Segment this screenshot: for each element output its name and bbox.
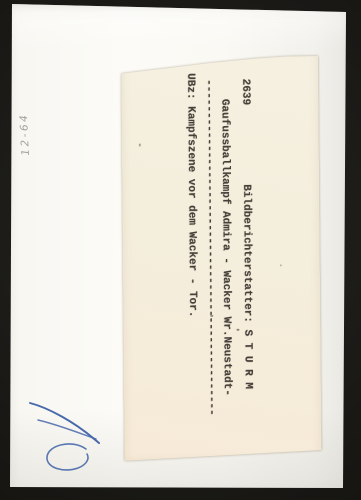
caption-photo-number-and-reporter: 2639 Bildberichterstatter: S T U R M: [238, 79, 255, 389]
ink-speck: [236, 329, 239, 331]
ink-speck: [280, 264, 282, 266]
ink-speck: [210, 315, 213, 317]
dark-backdrop: 12-64 Sta 2639 Bildberichterstatter: S T…: [0, 0, 361, 500]
ink-speck: [139, 144, 141, 147]
caption-match-line: Gaufussballkampf Admira - Wacker Wr.Neus…: [217, 99, 234, 396]
caption-scene-line: UBz: Kampfszene vor dem Wacker - Tor.: [183, 73, 199, 317]
caption-label-wrap: 2639 Bildberichterstatter: S T U R M Gau…: [0, 0, 361, 500]
caption-divider-dashes: ----------------------------------------…: [201, 79, 218, 416]
caption-label: 2639 Bildberichterstatter: S T U R M Gau…: [121, 50, 322, 462]
